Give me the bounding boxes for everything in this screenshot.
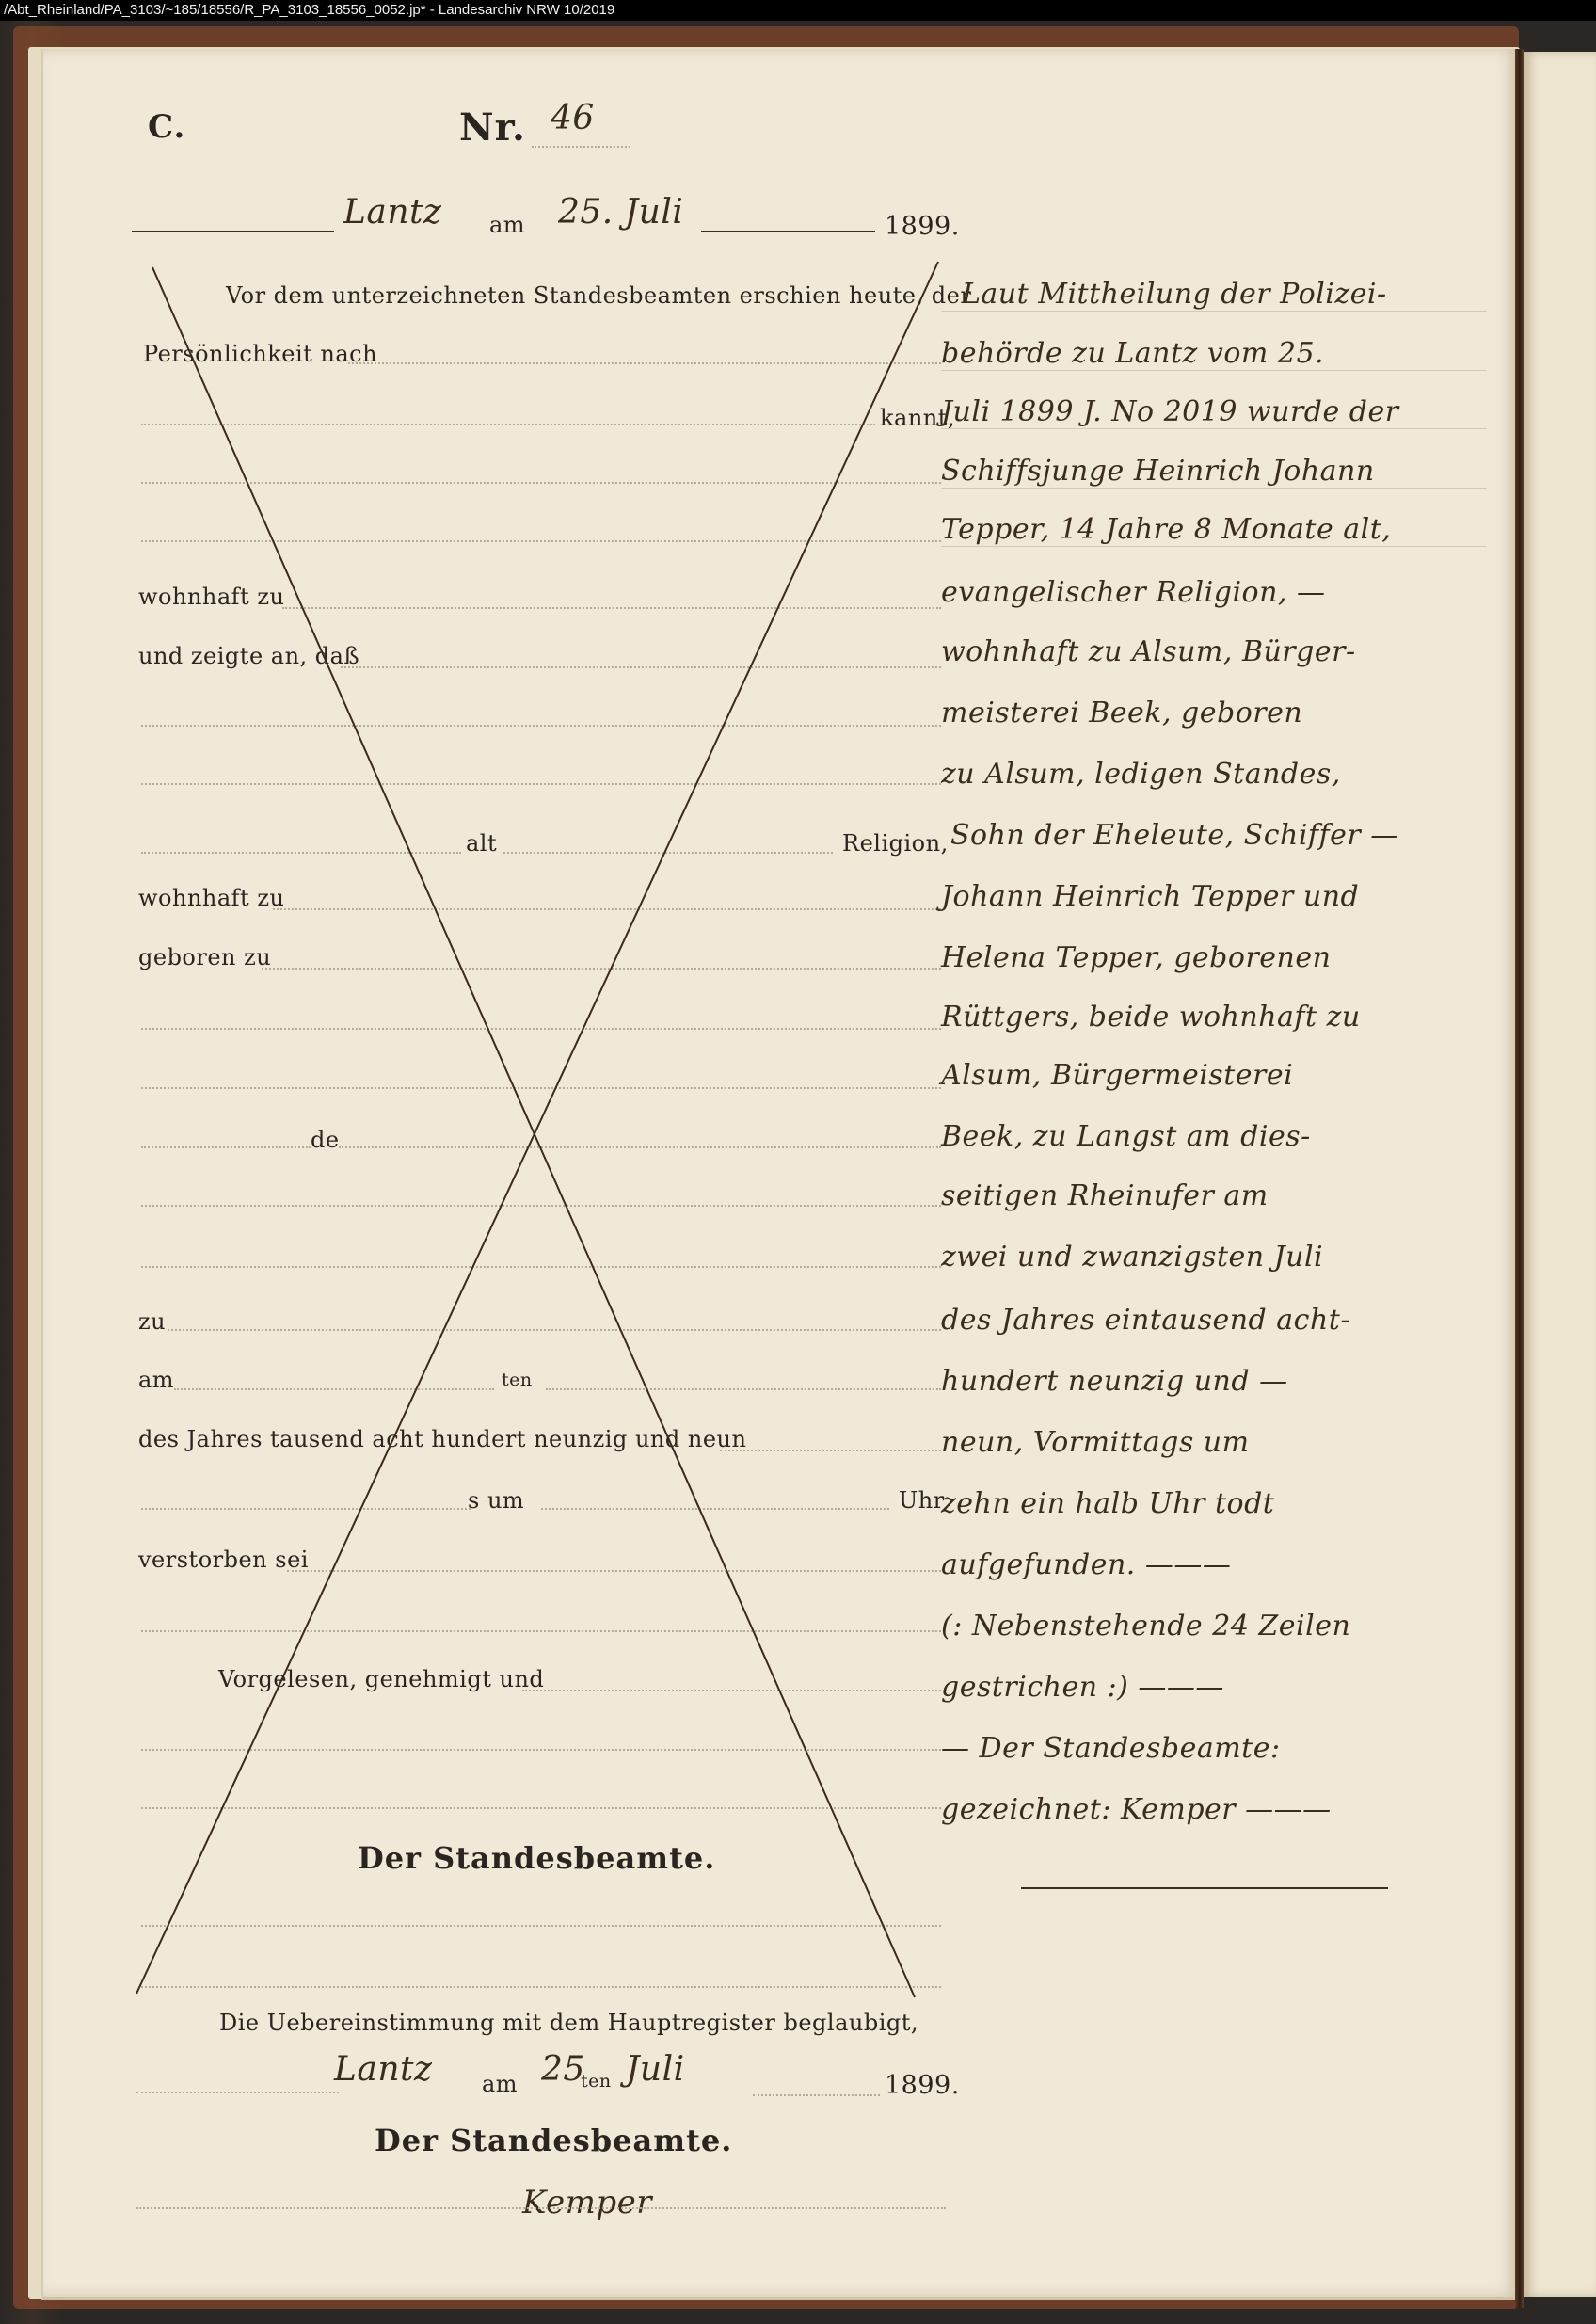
hw-line: (: Nebenstehende 24 Zeilen <box>941 1610 1350 1643</box>
entry-end-rule <box>1021 1887 1388 1889</box>
label-wohnhaft-1: wohnhaft zu <box>138 584 284 610</box>
label-jahres: des Jahres tausend acht hundert neunzig … <box>138 1426 746 1452</box>
dotline <box>282 607 941 609</box>
dotline <box>141 852 461 854</box>
dotline <box>141 1508 471 1510</box>
dotline <box>141 1807 941 1809</box>
label-persoenlichkeit: Persönlichkeit nach <box>143 341 377 367</box>
header-rule-left <box>132 231 334 232</box>
hw-line: evangelischer Religion, — <box>941 576 1326 609</box>
entry-number: 46 <box>551 99 595 137</box>
dotline <box>348 362 941 364</box>
dotline <box>141 1749 941 1751</box>
dotline <box>141 1205 941 1207</box>
header-place: Lantz <box>343 193 442 232</box>
label-zu: zu <box>138 1308 166 1335</box>
dotline <box>141 1028 941 1030</box>
cert-ten: ten <box>581 2071 612 2092</box>
dotline <box>753 2094 880 2096</box>
dotline <box>141 1986 941 1988</box>
guide-line <box>941 428 1487 429</box>
dotline <box>287 1570 941 1572</box>
cert-am: am <box>482 2071 518 2097</box>
dotline <box>141 725 941 727</box>
hw-line: Schiffsjunge Heinrich Johann <box>941 455 1375 488</box>
label-vorgelesen: Vorgelesen, genehmigt und <box>218 1666 544 1692</box>
adjacent-page <box>1524 52 1596 2297</box>
hw-line: hundert neunzig und — <box>941 1365 1288 1398</box>
standesbeamte-heading: Der Standesbeamte. <box>358 1840 715 1876</box>
dotline <box>141 783 941 785</box>
cert-year: 1899. <box>885 2071 960 2100</box>
hw-line: neun, Vormittags um <box>941 1426 1250 1459</box>
dotline <box>141 1087 941 1089</box>
hw-line: — Der Standesbeamte: <box>941 1732 1281 1765</box>
dotline <box>522 1690 941 1691</box>
hw-line: gezeichnet: Kemper ——— <box>941 1793 1332 1826</box>
cert-standesbeamte: Der Standesbeamte. <box>375 2123 732 2158</box>
hw-line: Helena Tepper, geborenen <box>941 941 1331 974</box>
label-zeigte-an: und zeigte an, daß <box>138 643 359 669</box>
dotline <box>141 1925 941 1927</box>
dotline <box>141 540 941 542</box>
cert-place: Lantz <box>334 2050 433 2089</box>
dotline <box>141 424 875 425</box>
guide-line <box>941 370 1487 371</box>
label-uhr: Uhr <box>899 1487 945 1514</box>
hw-line: Rüttgers, beide wohnhaft zu <box>941 1001 1361 1034</box>
hw-line: Laut Mittheilung der Polizei- <box>962 278 1387 311</box>
hw-line: gestrichen :) ——— <box>941 1671 1224 1704</box>
dotline <box>141 1266 941 1268</box>
dotline <box>341 666 941 668</box>
hw-line: seitigen Rheinufer am <box>941 1179 1269 1212</box>
dotline <box>136 2207 946 2209</box>
label-s-um: s um <box>468 1487 524 1514</box>
dotline <box>720 1450 941 1451</box>
hw-line: des Jahres eintausend acht- <box>941 1304 1350 1337</box>
guide-line <box>941 488 1487 489</box>
window-title: /Abt_Rheinland/PA_3103/~185/18556/R_PA_3… <box>4 2 614 18</box>
guide-line <box>941 546 1487 547</box>
header-am: am <box>489 212 525 238</box>
hw-line: Sohn der Eheleute, Schiffer — <box>950 819 1399 852</box>
hw-line: zu Alsum, ledigen Standes, <box>941 758 1341 791</box>
section-letter: C. <box>148 108 185 146</box>
intro-label: Vor dem unterzeichneten Standesbeamten e… <box>226 282 971 309</box>
dotline <box>168 1329 941 1331</box>
header-date: 25. Juli <box>558 193 683 232</box>
hw-line: behörde zu Lantz vom 25. <box>941 337 1324 370</box>
hw-line: Johann Heinrich Tepper und <box>941 880 1359 913</box>
certification-text: Die Uebereinstimmung mit dem Hauptregist… <box>219 2010 918 2036</box>
cert-day: 25 <box>541 2050 585 2089</box>
dotline <box>141 482 941 484</box>
header-year: 1899. <box>885 212 960 241</box>
dotline <box>262 968 941 970</box>
label-ten: ten <box>502 1370 533 1390</box>
label-de: de <box>311 1127 340 1153</box>
label-alt: alt <box>466 830 497 857</box>
dotline <box>273 908 941 910</box>
cert-month: Juli <box>626 2050 685 2089</box>
label-geboren: geboren zu <box>138 944 271 970</box>
window-title-bar: /Abt_Rheinland/PA_3103/~185/18556/R_PA_3… <box>0 0 1596 21</box>
header-rule-right <box>701 231 875 232</box>
dotline <box>541 1508 889 1510</box>
number-label: Nr. <box>459 105 526 150</box>
dotline <box>141 1630 941 1632</box>
hw-line: meisterei Beek, geboren <box>941 697 1302 729</box>
register-page <box>41 49 1517 2300</box>
label-verstorben: verstorben sei <box>138 1547 309 1573</box>
dotline <box>546 1388 941 1390</box>
label-am: am <box>138 1367 174 1393</box>
dotline <box>174 1388 494 1390</box>
label-religion: Religion, <box>842 830 949 857</box>
cert-signature: Kemper <box>522 2184 652 2221</box>
number-dotline <box>532 146 630 148</box>
hw-line: zehn ein halb Uhr todt <box>941 1487 1274 1520</box>
book-gutter <box>1515 49 1524 2308</box>
dotline <box>503 852 833 854</box>
hw-line: Juli 1899 J. No 2019 wurde der <box>941 395 1399 428</box>
hw-line: aufgefunden. ——— <box>941 1548 1231 1581</box>
hw-line: Beek, zu Langst am dies- <box>941 1120 1311 1153</box>
dotline <box>339 1146 941 1148</box>
hw-line: Tepper, 14 Jahre 8 Monate alt, <box>941 513 1391 546</box>
label-wohnhaft-2: wohnhaft zu <box>138 885 284 911</box>
hw-line: zwei und zwanzigsten Juli <box>941 1241 1323 1274</box>
hw-line: Alsum, Bürgermeisterei <box>941 1059 1293 1092</box>
dotline <box>141 1146 311 1148</box>
dotline <box>136 2092 339 2093</box>
guide-line <box>941 311 1487 312</box>
hw-line: wohnhaft zu Alsum, Bürger- <box>941 635 1356 668</box>
